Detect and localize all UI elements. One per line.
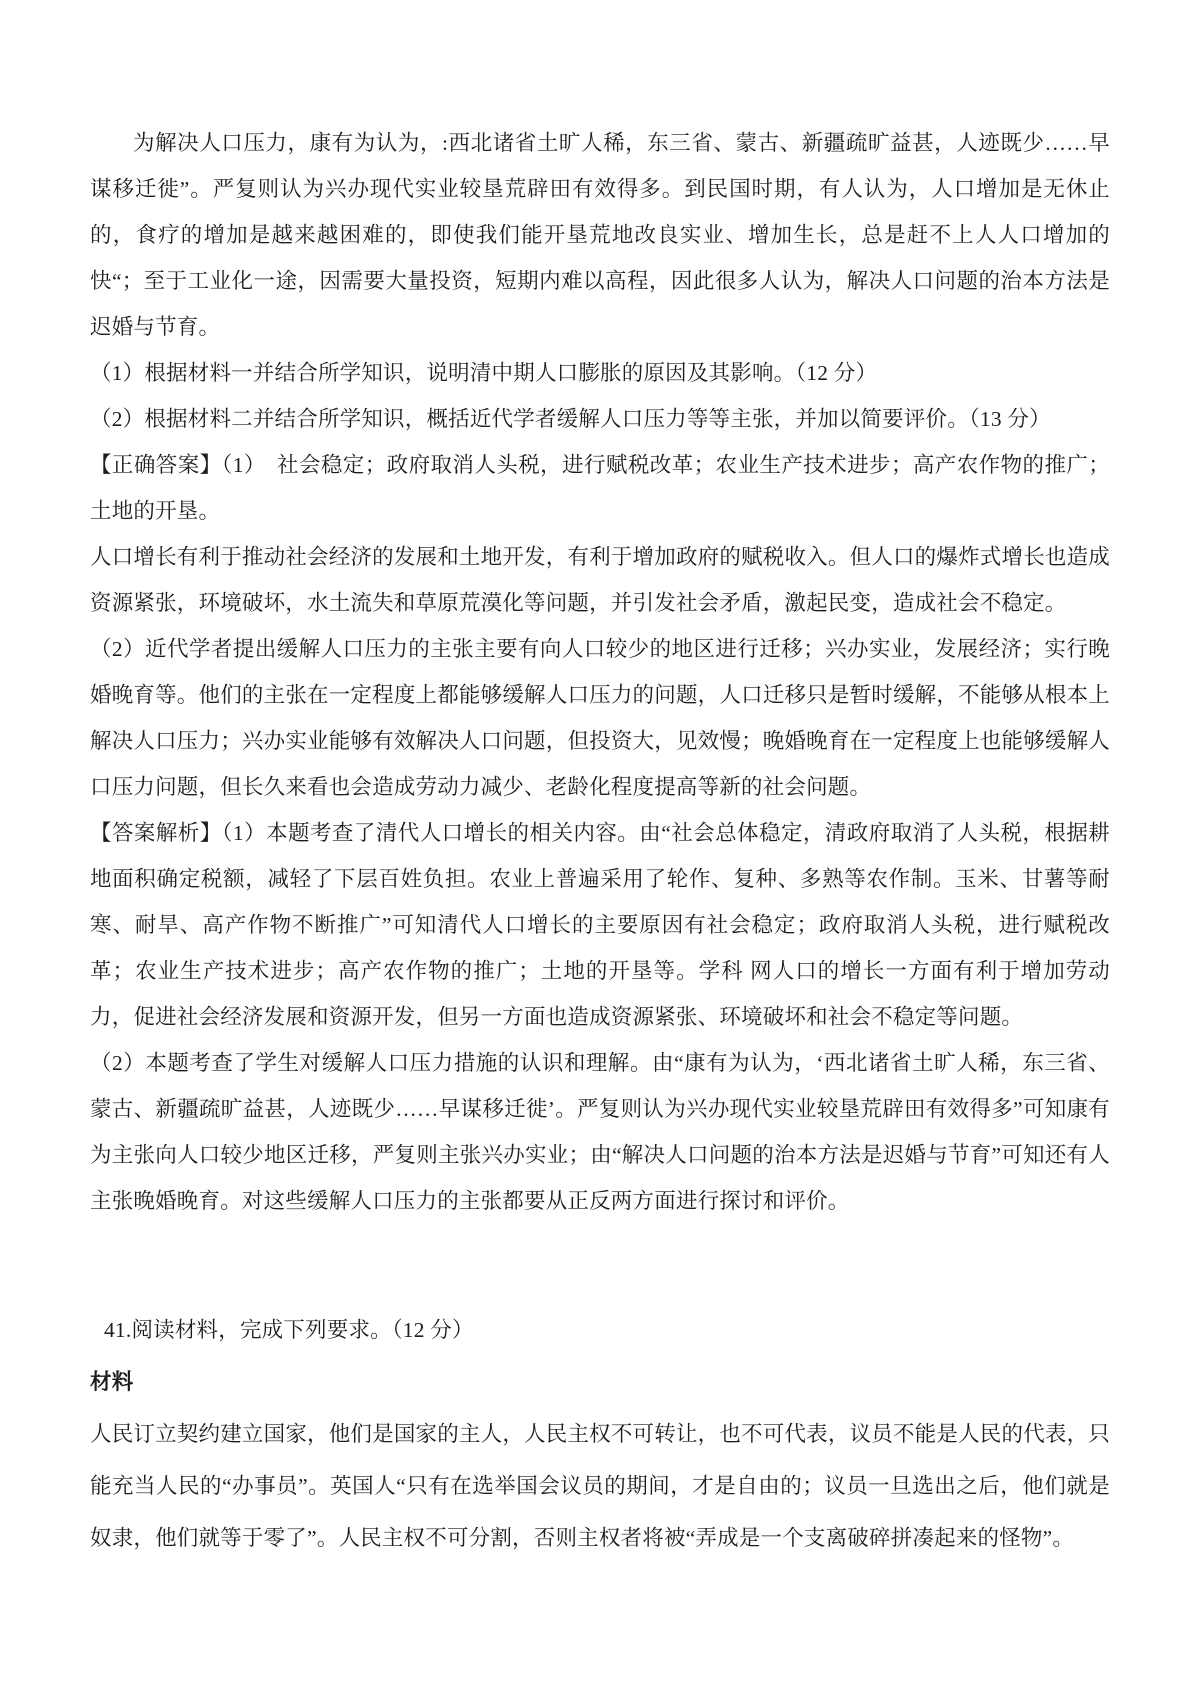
correct-answer-part1-effect: 人口增长有利于推动社会经济的发展和土地开发，有利于增加政府的赋税收入。但人口的爆… bbox=[90, 534, 1110, 626]
material-two-paragraph: 为解决人口压力，康有为认为，:西北诸省土旷人稀，东三省、蒙古、新疆疏旷益甚，人迹… bbox=[90, 120, 1110, 350]
correct-answer-part2: （2）近代学者提出缓解人口压力的主张主要有向人口较少的地区进行迁移；兴办实业，发… bbox=[90, 626, 1110, 810]
answer-analysis-part1: 【答案解析】（1）本题考查了清代人口增长的相关内容。由“社会总体稳定，清政府取消… bbox=[90, 810, 1110, 1040]
question-41-heading: 41.阅读材料，完成下列要求。（12 分） bbox=[90, 1304, 1110, 1356]
section-gap bbox=[90, 1224, 1110, 1304]
material-label: 材料 bbox=[90, 1356, 1110, 1408]
answer-analysis-part2: （2）本题考查了学生对缓解人口压力措施的认识和理解。由“康有为认为，‘西北诸省土… bbox=[90, 1040, 1110, 1224]
question-2: （2）根据材料二并结合所学知识，概括近代学者缓解人口压力等等主张，并加以简要评价… bbox=[90, 396, 1110, 442]
document-page: 为解决人口压力，康有为认为，:西北诸省土旷人稀，东三省、蒙古、新疆疏旷益甚，人迹… bbox=[90, 120, 1110, 1564]
material-41-paragraph: 人民订立契约建立国家，他们是国家的主人，人民主权不可转让，也不可代表，议员不能是… bbox=[90, 1408, 1110, 1564]
correct-answer-part1: 【正确答案】（1） 社会稳定；政府取消人头税，进行赋税改革；农业生产技术进步；高… bbox=[90, 442, 1110, 534]
question-41-section: 41.阅读材料，完成下列要求。（12 分） 材料 人民订立契约建立国家，他们是国… bbox=[90, 1304, 1110, 1564]
question-1: （1）根据材料一并结合所学知识，说明清中期人口膨胀的原因及其影响。（12 分） bbox=[90, 350, 1110, 396]
